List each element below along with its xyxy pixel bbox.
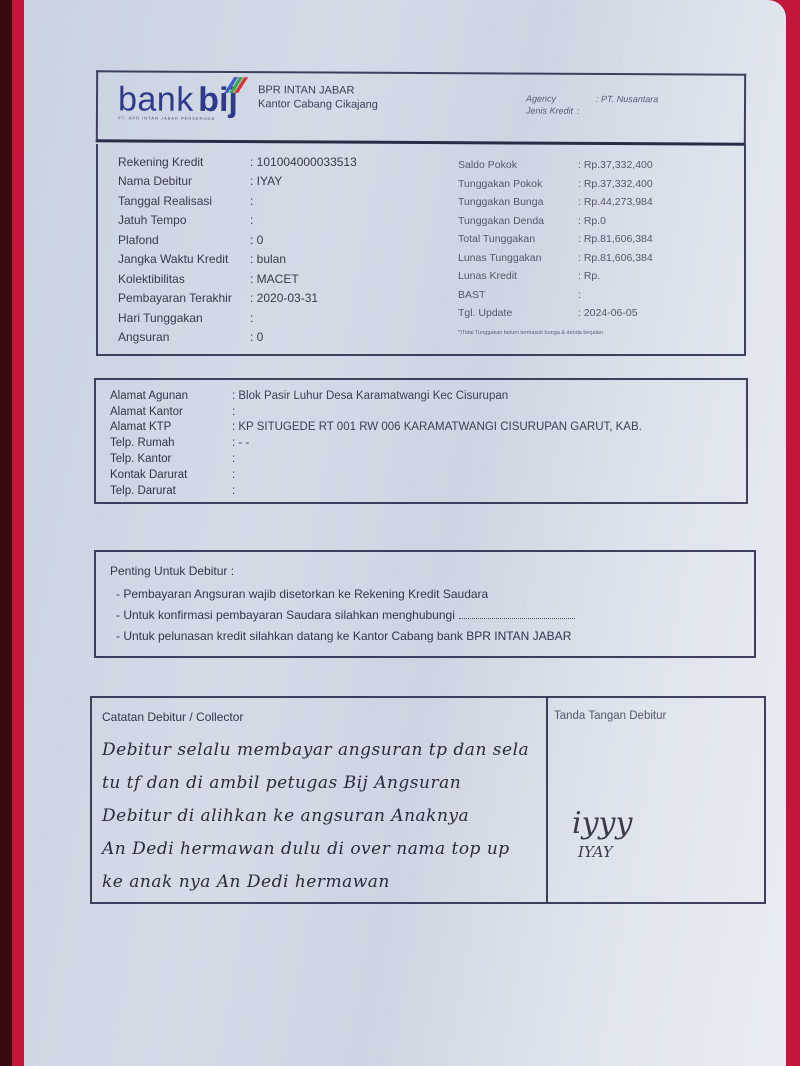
balance-field-label: Tunggakan Bunga	[458, 196, 578, 208]
account-field-value: :	[250, 311, 253, 325]
notice-box: Penting Untuk Debitur : - Pembayaran Ang…	[94, 550, 756, 658]
bank-name: BPR INTAN JABAR	[258, 83, 378, 98]
address-field-value: :	[232, 406, 235, 418]
address-field-value: : Blok Pasir Luhur Desa Karamatwangi Kec…	[232, 390, 508, 402]
account-field-label: Nama Debitur	[118, 174, 250, 188]
balance-field-label: Lunas Tunggakan	[458, 252, 578, 264]
account-field-value: : 2020-03-31	[250, 291, 318, 305]
balance-field-value: : 2024-06-05	[578, 307, 638, 319]
address-field-label: Telp. Kantor	[110, 453, 232, 465]
account-field-label: Tanggal Realisasi	[118, 194, 250, 208]
column-divider	[546, 698, 548, 902]
handwritten-line: Debitur di alihkan ke angsuran Anaknya	[102, 800, 542, 833]
account-field-label: Angsuran	[118, 330, 250, 344]
balance-field-label: BAST	[458, 289, 578, 301]
account-field-value: : 101004000033513	[250, 155, 357, 169]
address-field-row: Alamat Kantor:	[110, 404, 642, 420]
account-field-row: Jatuh Tempo:	[118, 211, 357, 231]
address-field-row: Telp. Rumah: - -	[110, 435, 642, 451]
account-field-row: Kolektibilitas: MACET	[118, 269, 357, 289]
balance-field-label: Tunggakan Denda	[458, 215, 578, 227]
balance-field-value: :	[578, 289, 581, 301]
bank-info: BPR INTAN JABAR Kantor Cabang Cikajang	[258, 83, 378, 112]
branch-name: Kantor Cabang Cikajang	[258, 97, 378, 112]
agency-value: : PT. Nusantara	[596, 93, 658, 105]
account-field-value: : 0	[250, 330, 263, 344]
account-details-right: Saldo Pokok: Rp.37,332,400Tunggakan Poko…	[458, 156, 653, 323]
balance-field-label: Saldo Pokok	[458, 159, 578, 171]
account-field-value: :	[250, 213, 253, 227]
notes-label: Catatan Debitur / Collector	[102, 710, 243, 724]
account-field-value: : MACET	[250, 272, 299, 286]
logo-stripes-icon	[214, 77, 248, 93]
account-field-row: Angsuran: 0	[118, 328, 357, 348]
notice-item: - Untuk konfirmasi pembayaran Saudara si…	[116, 605, 575, 626]
account-details-left: Rekening Kredit: 101004000033513Nama Deb…	[118, 152, 357, 347]
account-field-label: Jatuh Tempo	[118, 213, 250, 227]
agency-label: Agency	[526, 93, 596, 105]
address-details: Alamat Agunan: Blok Pasir Luhur Desa Kar…	[110, 388, 642, 499]
address-field-row: Alamat KTP: KP SITUGEDE RT 001 RW 006 KA…	[110, 420, 642, 436]
account-field-label: Jangka Waktu Kredit	[118, 252, 250, 266]
address-field-row: Kontak Darurat:	[110, 467, 642, 483]
notice-item-text: - Untuk konfirmasi pembayaran Saudara si…	[116, 608, 455, 622]
account-field-row: Tanggal Realisasi:	[118, 191, 357, 211]
handwritten-line: ke anak nya An Dedi hermawan	[102, 866, 542, 899]
balance-field-label: Total Tunggakan	[458, 233, 578, 245]
address-field-value: :	[232, 485, 235, 497]
balance-field-label: Tgl. Update	[458, 307, 578, 319]
account-field-label: Pembayaran Terakhir	[118, 291, 250, 305]
account-field-value: : IYAY	[250, 174, 282, 188]
account-field-row: Rekening Kredit: 101004000033513	[118, 152, 357, 172]
account-field-row: Nama Debitur: IYAY	[118, 172, 357, 192]
balance-field-label: Tunggakan Pokok	[458, 178, 578, 190]
agency-info: Agency: PT. Nusantara Jenis Kredit:	[526, 93, 658, 118]
footnote: *)Total Tunggakan belum termasuk bunga &…	[458, 330, 603, 336]
balance-field-value: : Rp.37,332,400	[578, 178, 653, 190]
account-field-value: :	[250, 194, 253, 208]
balance-field-row: Tunggakan Denda: Rp.0	[458, 212, 653, 231]
address-box: Alamat Agunan: Blok Pasir Luhur Desa Kar…	[94, 378, 748, 504]
balance-field-row: Total Tunggakan: Rp.81,606,384	[458, 230, 653, 249]
balance-field-row: Saldo Pokok: Rp.37,332,400	[458, 156, 653, 175]
balance-field-label: Lunas Kredit	[458, 270, 578, 282]
account-field-label: Kolektibilitas	[118, 272, 250, 286]
notice-item: - Pembayaran Angsuran wajib disetorkan k…	[116, 584, 575, 605]
balance-field-row: BAST:	[458, 286, 653, 305]
account-field-row: Jangka Waktu Kredit: bulan	[118, 250, 357, 270]
document-header: bank bij PT. BPR INTAN JABAR PERSERODA B…	[96, 70, 746, 145]
address-field-row: Telp. Darurat:	[110, 483, 642, 499]
notes-box: Catatan Debitur / Collector Tanda Tangan…	[90, 696, 766, 904]
address-field-label: Telp. Darurat	[110, 485, 232, 497]
account-field-label: Rekening Kredit	[118, 155, 250, 169]
account-field-row: Pembayaran Terakhir: 2020-03-31	[118, 289, 357, 309]
account-field-row: Hari Tunggakan:	[118, 308, 357, 328]
account-field-value: : bulan	[250, 252, 286, 266]
balance-field-row: Tgl. Update: 2024-06-05	[458, 304, 653, 323]
jenis-kredit-value: :	[577, 105, 580, 117]
signature-name: IYAY	[578, 843, 632, 861]
address-field-label: Alamat Kantor	[110, 406, 232, 418]
address-field-value: :	[232, 453, 235, 465]
signature-label: Tanda Tangan Debitur	[554, 710, 666, 722]
address-field-row: Alamat Agunan: Blok Pasir Luhur Desa Kar…	[110, 388, 642, 404]
balance-field-row: Tunggakan Pokok: Rp.37,332,400	[458, 175, 653, 194]
background-edge	[0, 0, 12, 1066]
balance-field-value: : Rp.81,606,384	[578, 252, 653, 264]
debtor-signature: iyyy IYAY	[572, 806, 632, 861]
balance-field-value: : Rp.37,332,400	[578, 159, 653, 171]
handwritten-line: Debitur selalu membayar angsuran tp dan …	[102, 734, 542, 767]
address-field-value: : KP SITUGEDE RT 001 RW 006 KARAMATWANGI…	[232, 421, 642, 433]
address-field-label: Alamat KTP	[110, 421, 232, 433]
signature-scribble: iyyy	[572, 806, 632, 841]
account-field-row: Plafond: 0	[118, 230, 357, 250]
notice-list: - Pembayaran Angsuran wajib disetorkan k…	[116, 584, 575, 647]
account-field-label: Hari Tunggakan	[118, 311, 250, 325]
address-field-value: : - -	[232, 437, 249, 449]
account-info-box: Rekening Kredit: 101004000033513Nama Deb…	[96, 144, 746, 356]
handwritten-line: tu tf dan di ambil petugas Bij Angsuran	[102, 767, 542, 800]
balance-field-row: Lunas Tunggakan: Rp.81,606,384	[458, 249, 653, 268]
balance-field-value: : Rp.0	[578, 215, 606, 227]
balance-field-value: : Rp.	[578, 270, 600, 282]
address-field-row: Telp. Kantor:	[110, 451, 642, 467]
handwritten-line: An Dedi hermawan dulu di over nama top u…	[102, 833, 542, 866]
address-field-label: Alamat Agunan	[110, 390, 232, 402]
notice-item: - Untuk pelunasan kredit silahkan datang…	[116, 626, 575, 647]
balance-field-row: Tunggakan Bunga: Rp.44,273,984	[458, 193, 653, 212]
account-field-label: Plafond	[118, 233, 250, 247]
address-field-label: Telp. Rumah	[110, 437, 232, 449]
balance-field-value: : Rp.44,273,984	[578, 196, 653, 208]
balance-field-row: Lunas Kredit: Rp.	[458, 267, 653, 286]
notice-title: Penting Untuk Debitur :	[110, 564, 234, 578]
account-field-value: : 0	[250, 233, 263, 247]
handwritten-notes: Debitur selalu membayar angsuran tp dan …	[102, 734, 542, 899]
blank-line	[459, 608, 575, 619]
jenis-kredit-label: Jenis Kredit	[526, 105, 573, 117]
logo-word: bank	[118, 80, 194, 118]
bank-logo: bank bij PT. BPR INTAN JABAR PERSERODA	[118, 80, 238, 121]
address-field-value: :	[232, 469, 235, 481]
address-field-label: Kontak Darurat	[110, 469, 232, 481]
balance-field-value: : Rp.81,606,384	[578, 233, 653, 245]
